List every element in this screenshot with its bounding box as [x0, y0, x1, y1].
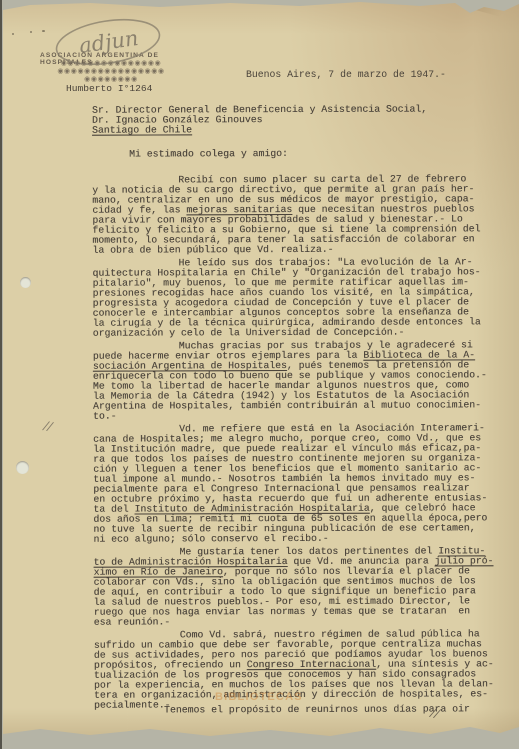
dateline: Buenos Aires, 7 de marzo de 1947.-: [246, 69, 446, 80]
typed-line: la obra de bien público que Vd. realiza.…: [92, 243, 492, 254]
recipient-line: Santiago de Chile: [92, 123, 492, 134]
salutation: Mi estimado colega y amigo:: [92, 147, 492, 158]
paragraph-2: He leído sus dos trabajos: "La evolución…: [92, 256, 492, 337]
letterhead-address: Humberto I°1264: [66, 83, 152, 94]
handwritten-circled-note: adjun: [45, 12, 175, 74]
letter-body: Recibí con sumo placer su carta del 27 d…: [92, 173, 494, 714]
typed-line: esa reunión.-: [94, 615, 494, 626]
pencil-margin-mark: //: [43, 418, 54, 433]
ink-speck: [42, 30, 45, 32]
pencil-page-mark: //: [429, 705, 440, 721]
typed-content: Sr. Director General de Beneficencia y A…: [92, 103, 494, 714]
paragraph-4: Vd. me refiere que está en la Asociación…: [93, 422, 493, 543]
typed-line: la cirugía y de la técnica quirúrgica, a…: [93, 316, 493, 327]
paragraph-1: Recibí con sumo placer su carta del 27 d…: [92, 173, 492, 254]
torn-corner: [459, 0, 519, 22]
punch-hole: [20, 277, 31, 288]
ink-speck: [12, 33, 14, 35]
letter-paper: ASOCIACIÓN ARGENTINA DE HOSPITALES ◉◉◉◉◉…: [0, 0, 519, 738]
typed-line: no tuve la suerte de recibir ninguna pub…: [93, 522, 493, 533]
handwritten-note-text: adjun: [78, 26, 140, 58]
punch-hole: [16, 461, 29, 474]
paragraph-3: Muchas gracias por sus trabajos y le agr…: [93, 339, 493, 420]
archive-watermark: BIBLIOTECAS: [215, 691, 303, 703]
typed-line: organización y celo de la Universidad de…: [93, 326, 493, 337]
typed-line: Argentina de Hospitales, también contrib…: [93, 399, 493, 410]
ink-speck: [30, 31, 32, 33]
paragraph-5: Me gustaría tener los datos pertinentes …: [93, 545, 493, 626]
typed-line: ni eco alguno; sólo conservo el recibo.-: [93, 532, 493, 543]
typed-line: ruego que nos haga enviar las normas y t…: [94, 605, 494, 616]
typed-line: momento, lo secundará, para tener la sat…: [92, 233, 492, 244]
